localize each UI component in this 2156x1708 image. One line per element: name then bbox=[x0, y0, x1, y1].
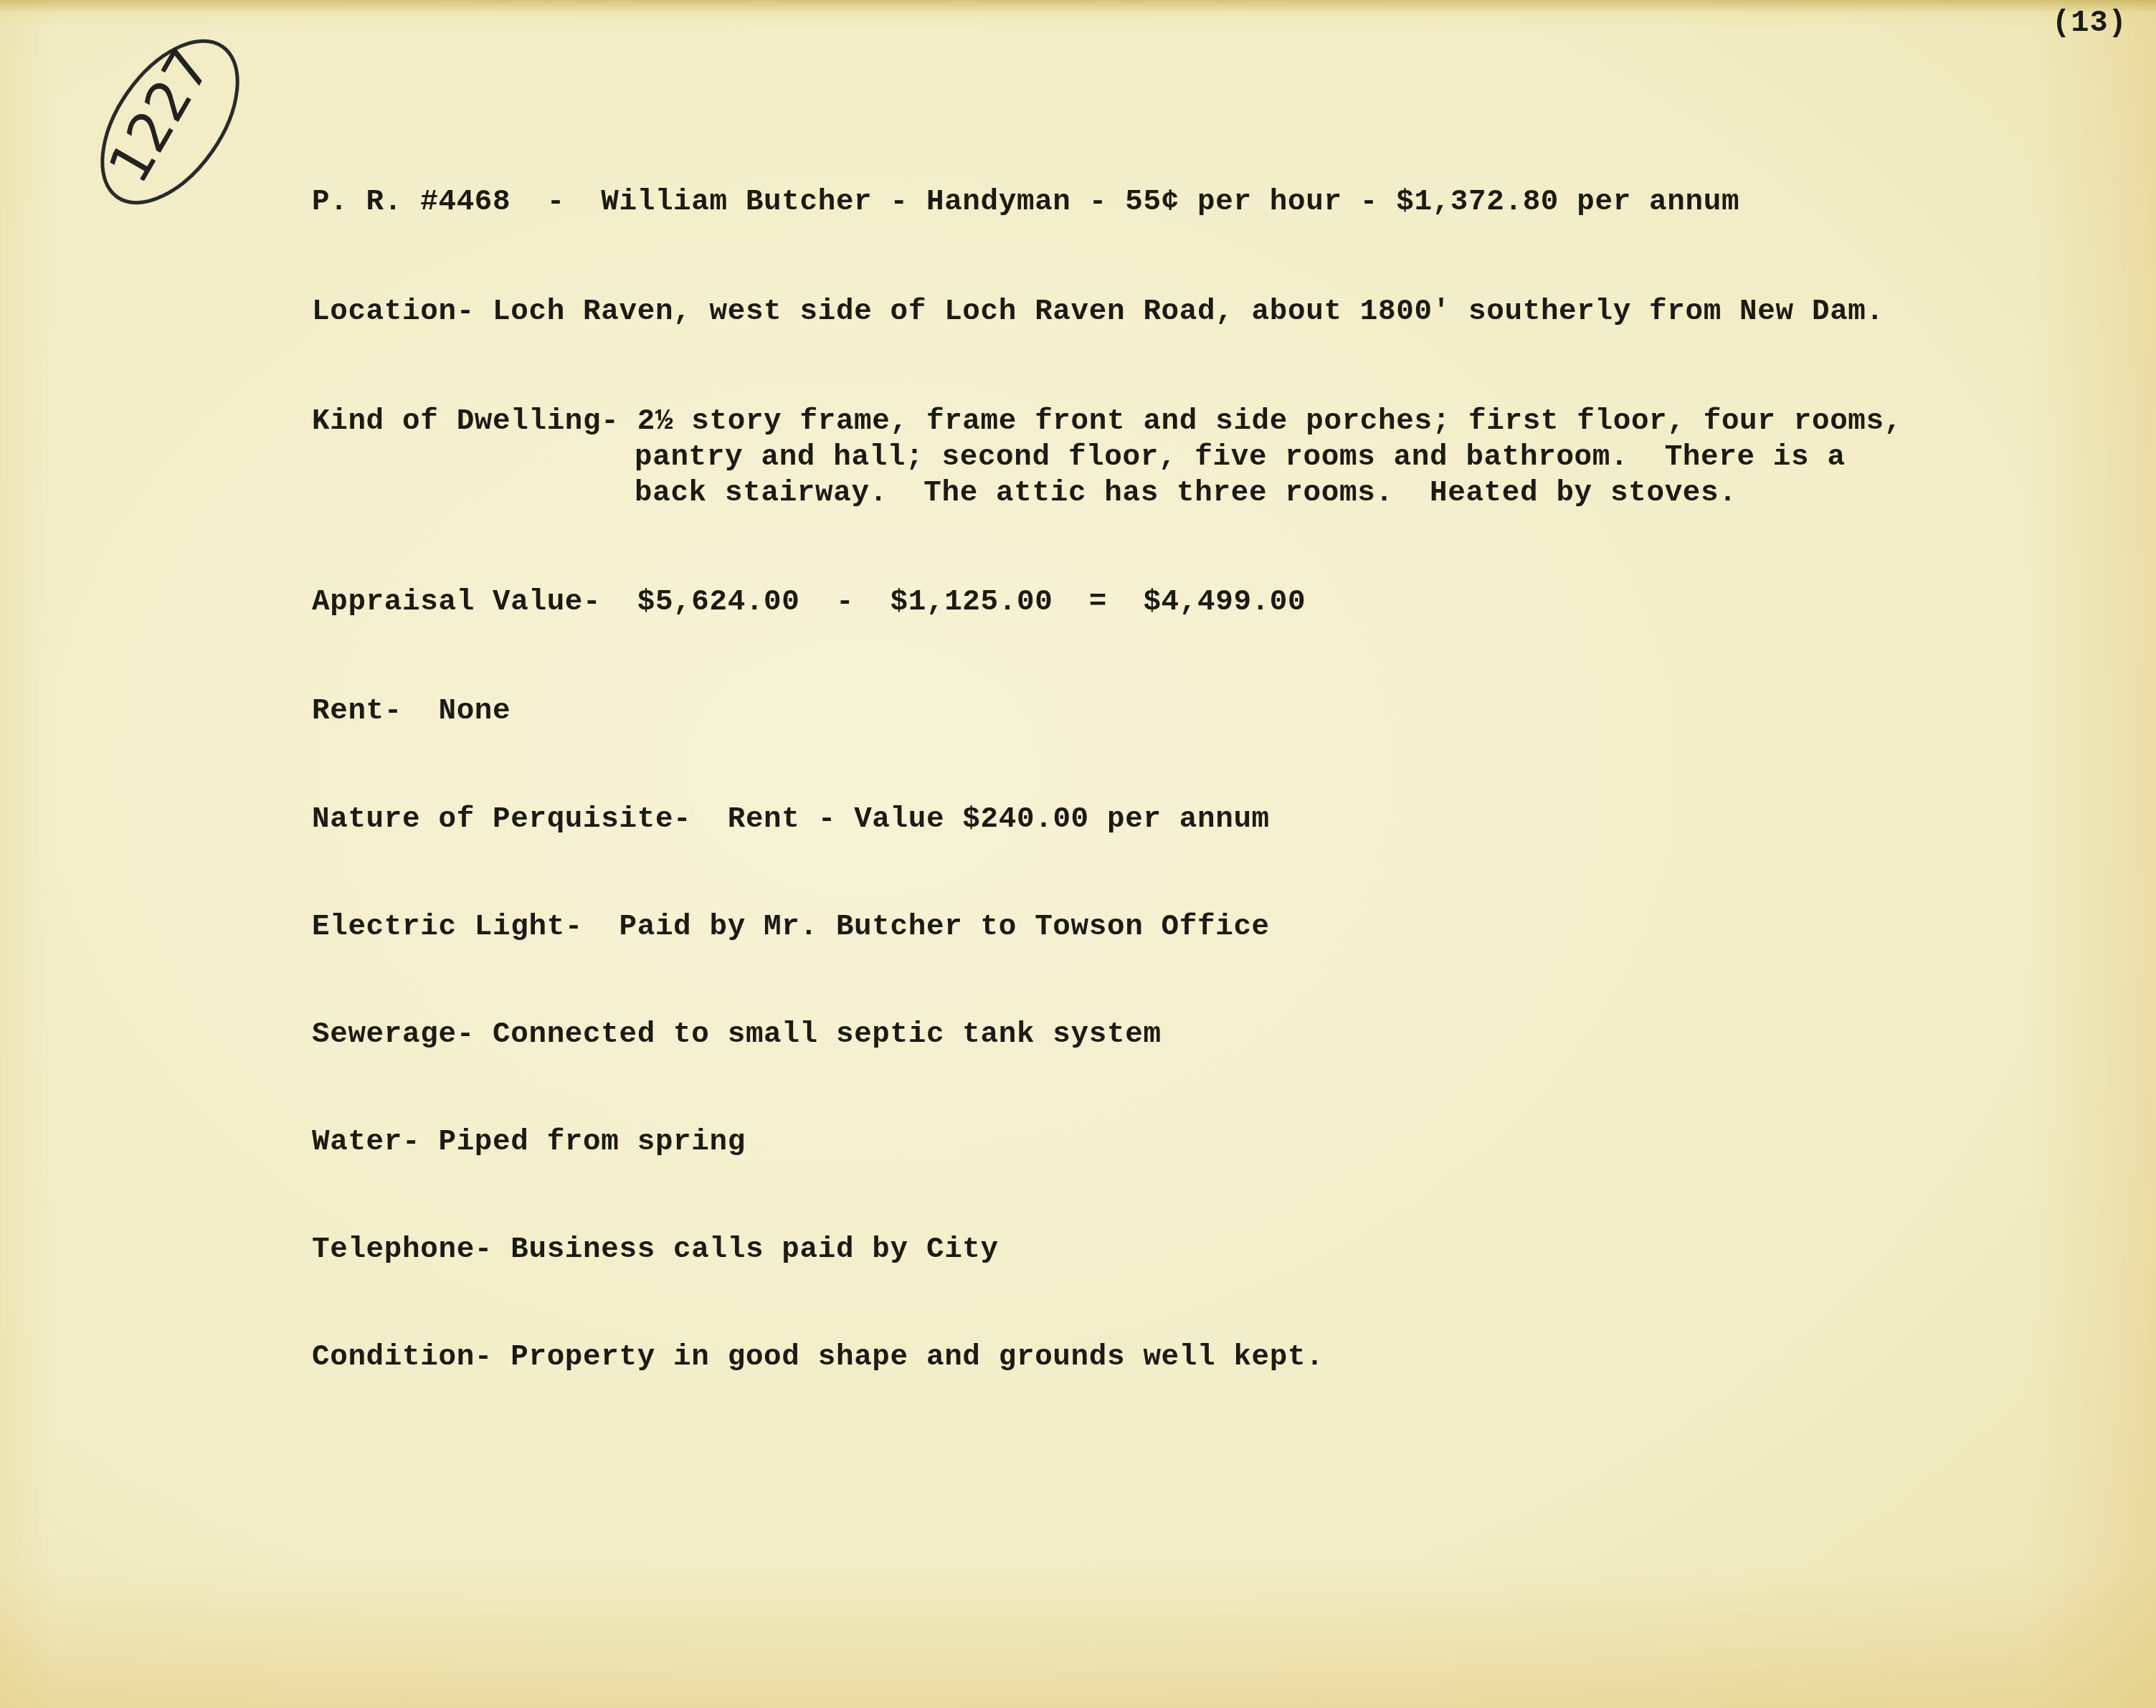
telephone-line: Telephone- Business calls paid by City bbox=[312, 1235, 999, 1265]
rent-value: None bbox=[402, 695, 510, 728]
appraisal-label: Appraisal Value- bbox=[312, 586, 601, 619]
document-page: 1227 (13) P. R. #4468 - William Butcher … bbox=[0, 0, 2156, 1708]
dwelling-value-1: 2½ story frame, frame front and side por… bbox=[619, 405, 1901, 438]
dwelling-line: Kind of Dwelling- 2½ story frame, frame … bbox=[312, 407, 1902, 437]
water-value: Piped from spring bbox=[420, 1126, 746, 1159]
dwelling-value-2: pantry and hall; second floor, five room… bbox=[635, 443, 1846, 473]
perquisite-line: Nature of Perquisite- Rent - Value $240.… bbox=[312, 805, 1270, 835]
sewerage-label: Sewerage- bbox=[312, 1018, 475, 1051]
condition-line: Condition- Property in good shape and gr… bbox=[312, 1343, 1324, 1372]
location-value: Loch Raven, west side of Loch Raven Road… bbox=[475, 295, 1884, 328]
perquisite-value: Rent - Value $240.00 per annum bbox=[691, 803, 1270, 836]
electric-line: Electric Light- Paid by Mr. Butcher to T… bbox=[312, 913, 1270, 942]
sewerage-value: Connected to small septic tank system bbox=[475, 1018, 1162, 1051]
perquisite-label: Nature of Perquisite- bbox=[312, 803, 691, 836]
header-line: P. R. #4468 - William Butcher - Handyman… bbox=[312, 188, 1739, 217]
condition-value: Property in good shape and grounds well … bbox=[493, 1341, 1324, 1374]
telephone-value: Business calls paid by City bbox=[493, 1233, 999, 1266]
telephone-label: Telephone- bbox=[312, 1233, 493, 1266]
sewerage-line: Sewerage- Connected to small septic tank… bbox=[312, 1020, 1162, 1050]
location-line: Location- Loch Raven, west side of Loch … bbox=[312, 298, 1884, 327]
appraisal-line: Appraisal Value- $5,624.00 - $1,125.00 =… bbox=[312, 588, 1306, 617]
water-label: Water- bbox=[312, 1126, 420, 1159]
page-number: (13) bbox=[2052, 6, 2127, 40]
appraisal-value: $5,624.00 - $1,125.00 = $4,499.00 bbox=[601, 586, 1306, 619]
condition-label: Condition- bbox=[312, 1341, 493, 1374]
handwritten-circled-number: 1227 bbox=[75, 22, 262, 215]
dwelling-value-3: back stairway. The attic has three rooms… bbox=[635, 479, 1737, 508]
rent-line: Rent- None bbox=[312, 697, 510, 726]
location-label: Location- bbox=[312, 295, 475, 328]
water-line: Water- Piped from spring bbox=[312, 1128, 746, 1157]
dwelling-label: Kind of Dwelling- bbox=[312, 405, 619, 438]
electric-value: Paid by Mr. Butcher to Towson Office bbox=[583, 911, 1270, 944]
rent-label: Rent- bbox=[312, 695, 402, 728]
electric-label: Electric Light- bbox=[312, 911, 583, 944]
